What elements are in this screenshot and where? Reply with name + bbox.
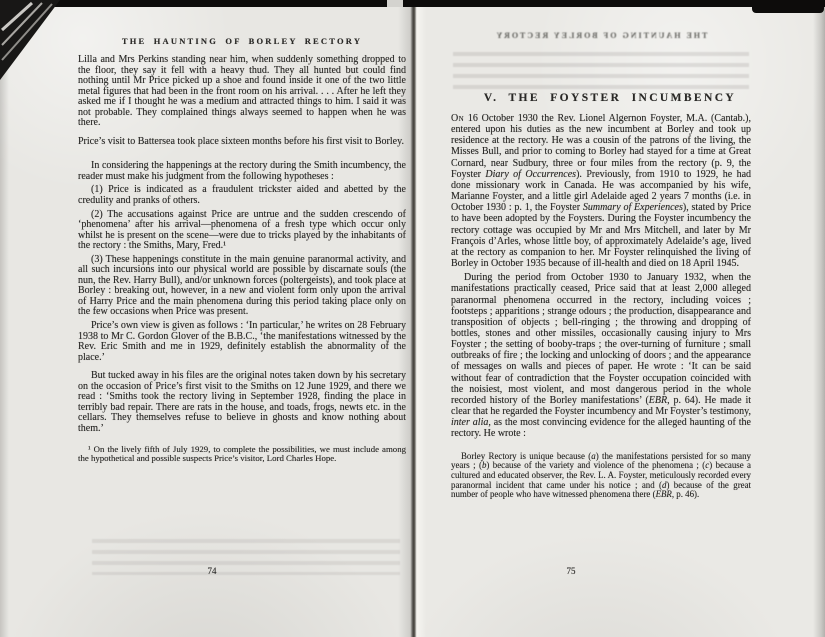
paragraph: Price’s own view is given as follows : ‘… [78, 321, 406, 363]
paragraph: In considering the happenings at the rec… [78, 161, 406, 182]
text-segment: EBR [649, 395, 667, 406]
scan-edge-gap [387, 0, 403, 7]
text-segment: (3) These happenings constitute in the m… [78, 254, 406, 318]
page-corner-curl [0, 0, 70, 84]
paragraph: (2) The accusations against Price are un… [78, 210, 406, 252]
scan-edge-strip [0, 0, 825, 7]
right-page: THE HAUNTING OF BORLEY RECTORY V. THE FO… [413, 0, 825, 637]
text-segment: , p. 46). [672, 489, 699, 499]
chapter-title: V. THE FOYSTER INCUMBENCY [451, 92, 769, 104]
running-header: THE HAUNTING OF BORLEY RECTORY [78, 36, 406, 46]
scan-edge-notch [752, 0, 824, 13]
paragraph: On 16 October 1930 the Rev. Lionel Alger… [451, 113, 751, 269]
text-segment: During the period from October 1930 to J… [451, 272, 751, 406]
paragraph: But tucked away in his files are the ori… [78, 371, 406, 434]
right-page-text: On 16 October 1930 the Rev. Lionel Alger… [451, 113, 751, 500]
right-page-edge-shade [813, 0, 825, 637]
text-segment: ) because of the variety and violence of… [486, 460, 705, 470]
book-scan: THE HAUNTING OF BORLEY RECTORY Lilla and… [0, 0, 825, 637]
paragraph: (3) These happenings constitute in the m… [78, 255, 406, 318]
paragraph: (1) Price is indicated as a fraudulent t… [78, 185, 406, 206]
footnote: ¹ On the lively fifth of July 1929, to c… [78, 445, 406, 464]
block-quote: Borley Rectory is unique because (a) the… [451, 452, 751, 501]
page-number: 75 [541, 566, 601, 576]
text-segment: Lilla and Mrs Perkins standing near him,… [78, 54, 406, 128]
showthrough-lines [92, 539, 400, 575]
paragraph: Lilla and Mrs Perkins standing near him,… [78, 55, 406, 129]
text-segment: Diary of Occurrences [485, 169, 576, 180]
page-number: 74 [182, 566, 242, 576]
paragraph: During the period from October 1930 to J… [451, 272, 751, 439]
paragraph: Price’s visit to Battersea took place si… [78, 137, 406, 148]
text-segment: Borley Rectory is unique because ( [461, 451, 591, 461]
left-page-text: Lilla and Mrs Perkins standing near him,… [78, 55, 406, 464]
text-segment: (1) Price is indicated as a fraudulent t… [78, 184, 406, 206]
text-segment: But tucked away in his files are the ori… [78, 370, 406, 434]
text-segment: Price’s own view is given as follows : ‘… [78, 320, 406, 363]
text-segment: (2) The accusations against Price are un… [78, 209, 406, 252]
left-page-edge-shade [0, 0, 9, 637]
text-segment: In considering the happenings at the rec… [78, 160, 406, 182]
showthrough-lines [453, 52, 749, 96]
right-page-paragraphs: On 16 October 1930 the Rev. Lionel Alger… [451, 113, 751, 440]
text-segment: Price’s visit to Battersea took place si… [78, 136, 404, 147]
text-segment: EBR [656, 489, 672, 499]
text-segment: ¹ On the lively fifth of July 1929, to c… [78, 444, 406, 464]
left-page: THE HAUNTING OF BORLEY RECTORY Lilla and… [0, 0, 413, 637]
showthrough-header: THE HAUNTING OF BORLEY RECTORY [451, 31, 751, 40]
left-page-paragraphs: Lilla and Mrs Perkins standing near him,… [78, 55, 406, 435]
gutter-shadow [398, 0, 434, 637]
text-segment: On [451, 113, 464, 124]
text-segment: , as the most convincing evidence for th… [451, 417, 751, 439]
text-segment: Summary of Experiences [583, 202, 683, 213]
text-segment: inter alia [451, 417, 488, 428]
